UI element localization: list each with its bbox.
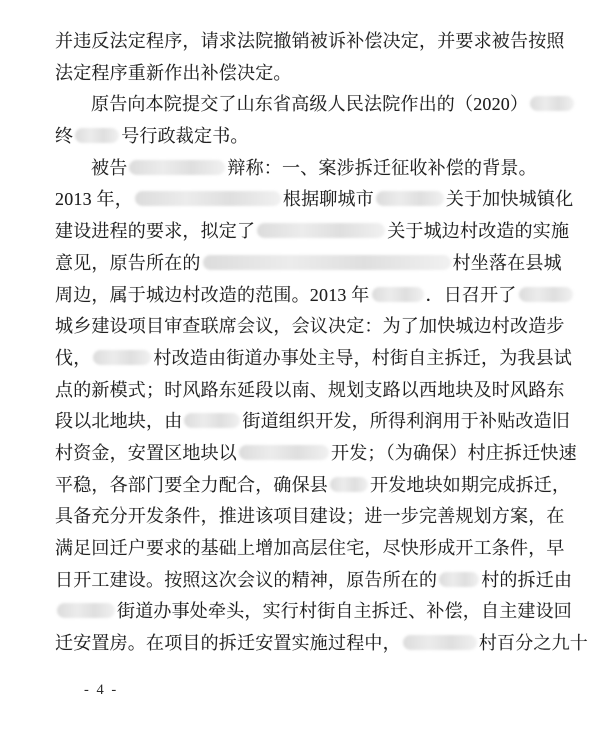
- redaction-blur: [439, 572, 479, 587]
- document-line: 段以北地块，由街道组织开发，所得利润用于补贴改造旧: [55, 406, 565, 438]
- line-text: 周边，属于城边村改造的范围。2013 年: [55, 285, 370, 305]
- redaction-blur: [129, 160, 225, 175]
- line-text: 迁安置房。在项目的拆迁安置实施过程中，: [55, 633, 401, 653]
- document-line: 村资金，安置区地块以开发；（为确保）村庄拆迁快速: [55, 438, 565, 470]
- redaction-blur: [184, 413, 240, 428]
- redaction-blur: [530, 96, 574, 111]
- redaction-blur: [93, 350, 151, 365]
- line-text: 城乡建设项目审查联席会议，会议决定：为了加快城边村改造步: [55, 316, 565, 336]
- line-text: 满足回迁户要求的基础上增加高层住宅，尽快形成开工条件，早: [55, 538, 565, 558]
- line-text: 村百分之九十: [479, 633, 588, 653]
- line-text: 建设进程的要求，拟定了: [55, 221, 255, 241]
- document-line: 建设进程的要求，拟定了关于城边村改造的实施: [55, 216, 565, 248]
- redaction-blur: [376, 191, 444, 206]
- document-line: 街道办事处牵头，实行村街自主拆迁、补偿，自主建设回: [55, 596, 565, 628]
- line-text: 日开工建设。按照这次会议的精神，原告所在的: [55, 570, 437, 590]
- line-text: 意见，原告所在的: [55, 253, 201, 273]
- document-line: 点的新模式；时风路东延段以南、规划支路以西地块及时风路东: [55, 375, 565, 407]
- document-text-block: 并违反法定程序，请求法院撤销被诉补偿决定，并要求被告按照法定程序重新作出补偿决定…: [55, 26, 565, 660]
- document-line: 原告向本院提交了山东省高级人民法院作出的（2020）: [55, 89, 565, 121]
- line-text: 关于城边村改造的实施: [387, 221, 569, 241]
- line-text: 段以北地块，由: [55, 411, 182, 431]
- document-line: 2013 年，根据聊城市关于加快城镇化: [55, 184, 565, 216]
- redaction-blur: [372, 287, 424, 302]
- redaction-blur: [519, 287, 573, 302]
- line-text: 街道组织开发，所得利润用于补贴改造旧: [242, 411, 570, 431]
- document-page: 并违反法定程序，请求法院撤销被诉补偿决定，并要求被告按照法定程序重新作出补偿决定…: [0, 0, 592, 729]
- line-text: 根据聊城市: [283, 189, 374, 209]
- redaction-blur: [57, 603, 115, 618]
- document-line: 迁安置房。在项目的拆迁安置实施过程中，村百分之九十: [55, 628, 565, 660]
- document-line: 日开工建设。按照这次会议的精神，原告所在的村的拆迁由: [55, 565, 565, 597]
- line-text: 伐，: [55, 348, 91, 368]
- redaction-blur: [75, 128, 119, 143]
- line-text: 村坐落在县城: [453, 253, 562, 273]
- redaction-blur: [330, 477, 368, 492]
- document-line: 周边，属于城边村改造的范围。2013 年．日召开了: [55, 280, 565, 312]
- document-line: 具备充分开发条件，推进该项目建设；进一步完善规划方案，在: [55, 501, 565, 533]
- line-text: 原告向本院提交了山东省高级人民法院作出的（2020）: [91, 94, 528, 114]
- line-text: 2013 年，: [55, 189, 133, 209]
- line-text: 并违反法定程序，请求法院撤销被诉补偿决定，并要求被告按照: [55, 31, 565, 51]
- redaction-blur: [403, 635, 477, 650]
- line-text: ．日召开了: [426, 285, 517, 305]
- line-text: 开发；（为确保）村庄拆迁快速: [331, 443, 577, 463]
- document-line: 伐，村改造由街道办事处主导，村街自主拆迁，为我县试: [55, 343, 565, 375]
- redaction-blur: [239, 445, 329, 460]
- line-text: 法定程序重新作出补偿决定。: [55, 63, 292, 83]
- line-text: 号行政裁定书。: [121, 126, 248, 146]
- line-text: 村的拆迁由: [481, 570, 572, 590]
- document-line: 终号行政裁定书。: [55, 121, 565, 153]
- redaction-blur: [135, 191, 281, 206]
- redaction-blur: [203, 255, 451, 270]
- line-text: 被告: [91, 158, 127, 178]
- redaction-blur: [257, 223, 385, 238]
- document-line: 满足回迁户要求的基础上增加高层住宅，尽快形成开工条件，早: [55, 533, 565, 565]
- line-text: 村改造由街道办事处主导，村街自主拆迁，为我县试: [153, 348, 572, 368]
- document-line: 意见，原告所在的村坐落在县城: [55, 248, 565, 280]
- document-line: 城乡建设项目审查联席会议，会议决定：为了加快城边村改造步: [55, 311, 565, 343]
- line-text: 街道办事处牵头，实行村街自主拆迁、补偿，自主建设回: [117, 601, 572, 621]
- line-text: 点的新模式；时风路东延段以南、规划支路以西地块及时风路东: [55, 380, 565, 400]
- document-line: 法定程序重新作出补偿决定。: [55, 58, 565, 90]
- line-text: 辩称：一、案涉拆迁征收补偿的背景。: [227, 158, 536, 178]
- line-text: 平稳，各部门要全力配合，确保县: [55, 475, 328, 495]
- line-text: 关于加快城镇化: [446, 189, 573, 209]
- line-text: 具备充分开发条件，推进该项目建设；进一步完善规划方案，在: [55, 506, 565, 526]
- line-text: 终: [55, 126, 73, 146]
- document-line: 并违反法定程序，请求法院撤销被诉补偿决定，并要求被告按照: [55, 26, 565, 58]
- page-number: - 4 -: [84, 679, 118, 701]
- line-text: 开发地块如期完成拆迁，: [370, 475, 570, 495]
- document-line: 被告辩称：一、案涉拆迁征收补偿的背景。: [55, 153, 565, 185]
- line-text: 村资金，安置区地块以: [55, 443, 237, 463]
- document-line: 平稳，各部门要全力配合，确保县开发地块如期完成拆迁，: [55, 470, 565, 502]
